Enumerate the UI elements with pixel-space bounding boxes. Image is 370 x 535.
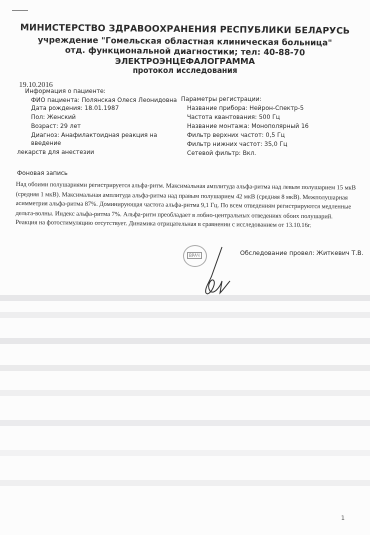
document-subtitle: протокол исследования — [0, 66, 370, 76]
patient-diagnosis-cont: лекарств для анестезии — [17, 149, 185, 158]
registration-params: Параметры регистрации: Название прибора:… — [181, 95, 351, 158]
scan-artifacts — [0, 290, 370, 490]
patient-sex: Пол: Женский — [25, 114, 185, 123]
scan-mark — [12, 10, 28, 11]
param-device: Название прибора: Нейрон-Спектр-5 — [181, 104, 351, 113]
param-high-pass: Фильтр верхних частот: 0,5 Гц — [181, 131, 351, 140]
document-header: МИНИСТЕРСТВО ЗДРАВООХРАНЕНИЯ РЕСПУБЛИКИ … — [0, 25, 370, 76]
param-montage: Название монтажа: Монополярный 16 — [181, 122, 351, 131]
patient-info-title: Информация о пациенте: — [25, 88, 185, 97]
patient-birth-date: Дата рождения: 18.01.1987 — [25, 105, 185, 114]
param-sampling-rate: Частота квантования: 500 Гц — [181, 113, 351, 122]
params-title: Параметры регистрации: — [181, 95, 351, 104]
patient-age: Возраст: 29 лет — [25, 123, 185, 132]
patient-info: Информация о пациенте: ФИО пациента: Пол… — [25, 88, 185, 158]
patient-name: ФИО пациента: Полянская Олеся Леонидовна — [25, 97, 185, 106]
background-title: Фоновая запись — [17, 170, 68, 177]
page-number: 1 — [341, 515, 345, 522]
patient-diagnosis: Диагноз: Анафилактоидная реакция на введ… — [25, 132, 185, 149]
examiner: Обследование провел: Житкевич Т.В. — [240, 250, 364, 257]
document-type: ЭЛЕКТРОЭНЦЕФАЛОГРАММА — [0, 56, 370, 66]
document-page: МИНИСТЕРСТВО ЗДРАВООХРАНЕНИЯ РЕСПУБЛИКИ … — [0, 0, 370, 535]
param-notch-filter: Сетевой фильтр: Вкл. — [181, 149, 351, 158]
param-low-pass: Фильтр нижних частот: 35,0 Гц — [181, 140, 351, 149]
background-text: Над обоими полушариями регистрируется ал… — [15, 180, 355, 232]
